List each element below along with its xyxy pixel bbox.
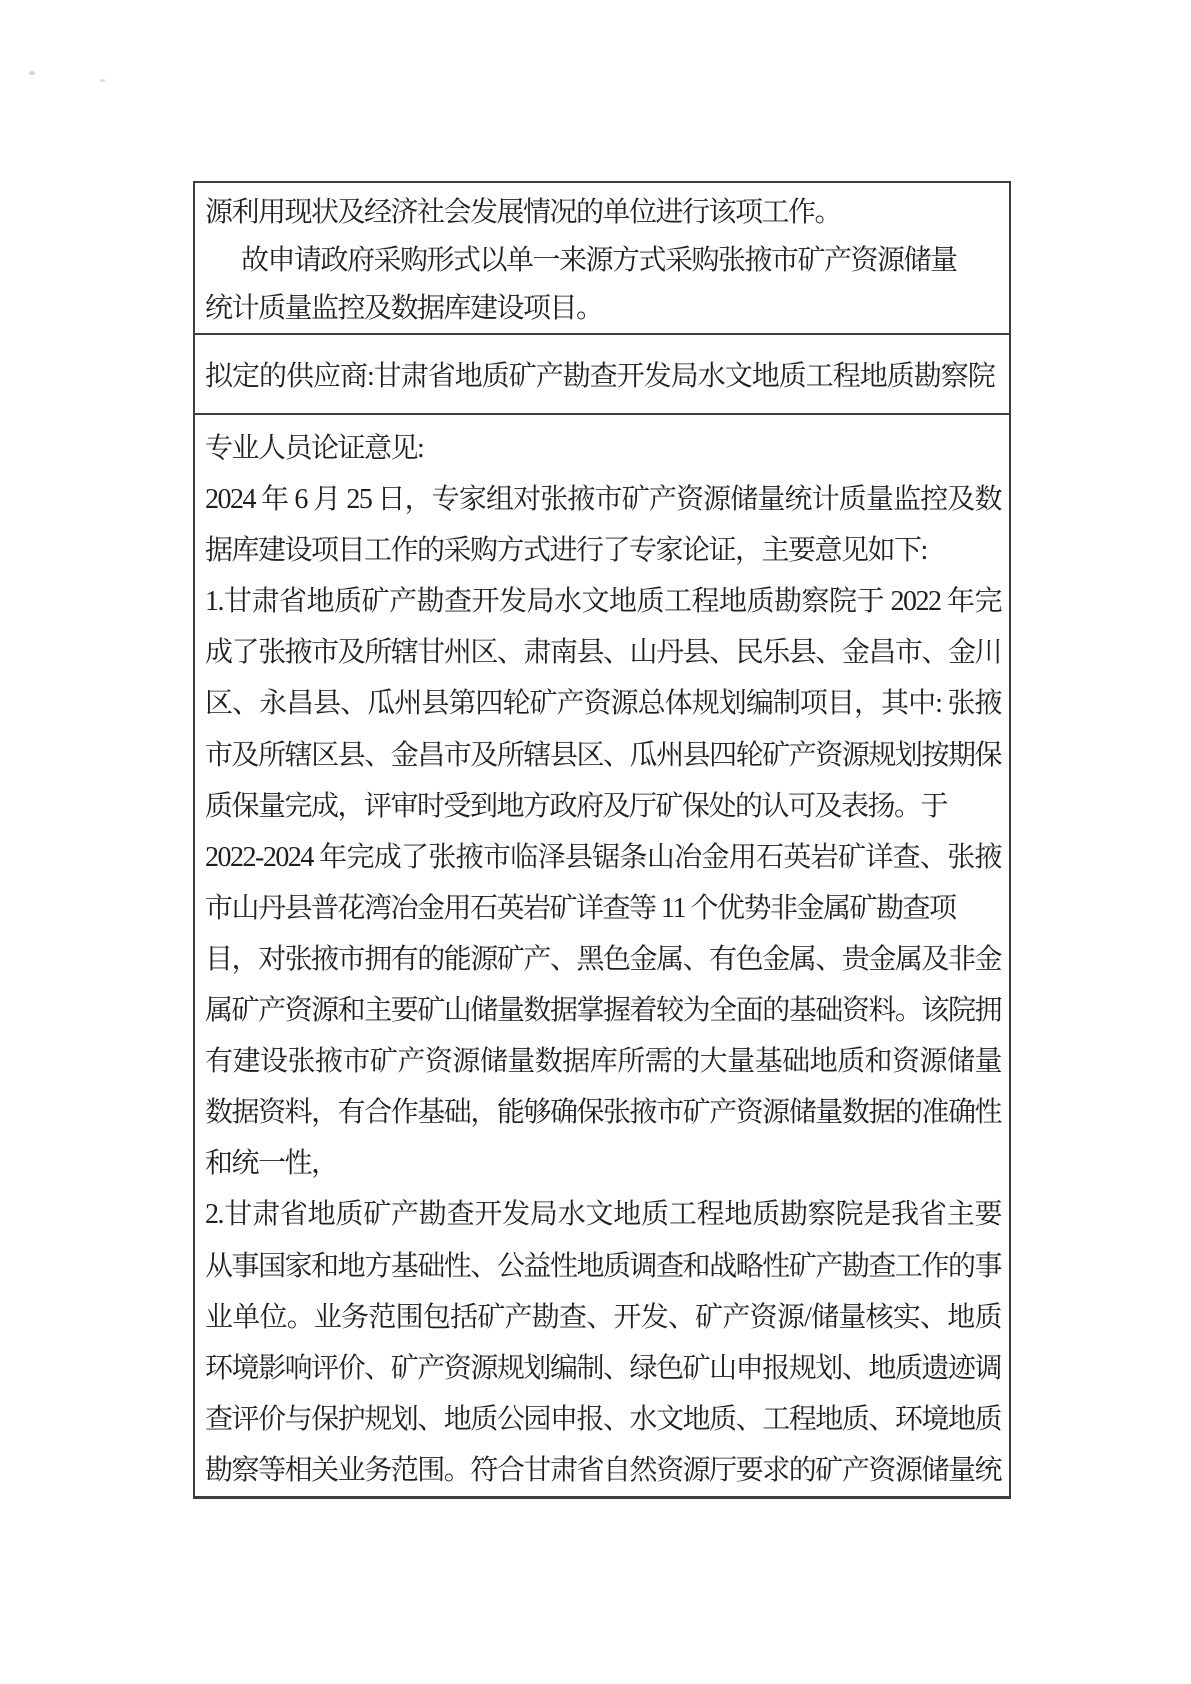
table-row-continuation-paragraph: 源利用现状及经济社会发展情况的单位进行该项工作。故申请政府采购形式以单一来源方式… — [195, 183, 1009, 335]
text-line: 源利用现状及经济社会发展情况的单位进行该项工作。 — [205, 189, 1001, 237]
text-line: 和统一性， — [205, 1138, 1001, 1189]
text-line: 有建设张掖市矿产资源储量数据库所需的大量基础地质和资源储量 — [205, 1036, 1001, 1087]
table-row-proposed-supplier: 拟定的供应商:甘肃省地质矿产勘查开发局水文地质工程地质勘察院 — [195, 335, 1009, 415]
text-line: 市及所辖区县、金昌市及所辖县区、瓜州县四轮矿产资源规划按期保 — [205, 730, 1001, 781]
text-line: 区、永昌县、瓜州县第四轮矿产资源总体规划编制项目，其中: 张掖 — [205, 678, 1001, 729]
text-line: 从事国家和地方基础性、公益性地质调查和战略性矿产勘查工作的事 — [205, 1241, 1001, 1292]
text-line: 1.甘肃省地质矿产勘查开发局水文地质工程地质勘察院于 2022 年完 — [205, 576, 1001, 627]
text-line: 业单位。业务范围包括矿产勘查、开发、矿产资源/储量核实、地质 — [205, 1292, 1001, 1343]
scan-speck — [100, 79, 105, 82]
text-line: 市山丹县普花湾冶金用石英岩矿详查等 11 个优势非金属矿勘查项 — [205, 883, 1001, 934]
text-line: 统计质量监控及数据库建设项目。 — [205, 285, 1001, 333]
table-row-expert-opinion: 专业人员论证意见:2024 年 6 月 25 日，专家组对张掖市矿产资源储量统计… — [195, 415, 1009, 1496]
text-line: 数据资料，有合作基础，能够确保张掖市矿产资源储量数据的准确性 — [205, 1087, 1001, 1138]
text-line: 环境影响评价、矿产资源规划编制、绿色矿山申报规划、地质遗迹调 — [205, 1343, 1001, 1394]
scan-speck — [29, 71, 35, 75]
text-line: 据库建设项目工作的采购方式进行了专家论证，主要意见如下: — [205, 525, 1001, 576]
text-line: 成了张掖市及所辖甘州区、肃南县、山丹县、民乐县、金昌市、金川 — [205, 627, 1001, 678]
text-line: 专业人员论证意见: — [205, 423, 1001, 474]
text-line: 故申请政府采购形式以单一来源方式采购张掖市矿产资源储量 — [205, 237, 1001, 285]
text-line: 2022-2024 年完成了张掖市临泽县锯条山冶金用石英岩矿详查、张掖 — [205, 832, 1001, 883]
text-line: 2.甘肃省地质矿产勘查开发局水文地质工程地质勘察院是我省主要 — [205, 1189, 1001, 1240]
proposed-supplier-text: 拟定的供应商:甘肃省地质矿产勘查开发局水文地质工程地质勘察院 — [205, 354, 1001, 394]
continuation-lines: 源利用现状及经济社会发展情况的单位进行该项工作。故申请政府采购形式以单一来源方式… — [205, 189, 1001, 333]
text-line: 目，对张掖市拥有的能源矿产、黑色金属、有色金属、贵金属及非金 — [205, 934, 1001, 985]
text-line: 勘察等相关业务范围。符合甘肃省自然资源厅要求的矿产资源储量统 — [205, 1445, 1001, 1496]
expert-opinion-lines: 专业人员论证意见:2024 年 6 月 25 日，专家组对张掖市矿产资源储量统计… — [205, 423, 1001, 1496]
procurement-document-table: 源利用现状及经济社会发展情况的单位进行该项工作。故申请政府采购形式以单一来源方式… — [193, 181, 1011, 1499]
text-line: 属矿产资源和主要矿山储量数据掌握着较为全面的基础资料。该院拥 — [205, 985, 1001, 1036]
text-line: 2024 年 6 月 25 日，专家组对张掖市矿产资源储量统计质量监控及数 — [205, 474, 1001, 525]
text-line: 查评价与保护规划、地质公园申报、水文地质、工程地质、环境地质 — [205, 1394, 1001, 1445]
text-line: 质保量完成，评审时受到地方政府及厅矿保处的认可及表扬。于 — [205, 781, 1001, 832]
